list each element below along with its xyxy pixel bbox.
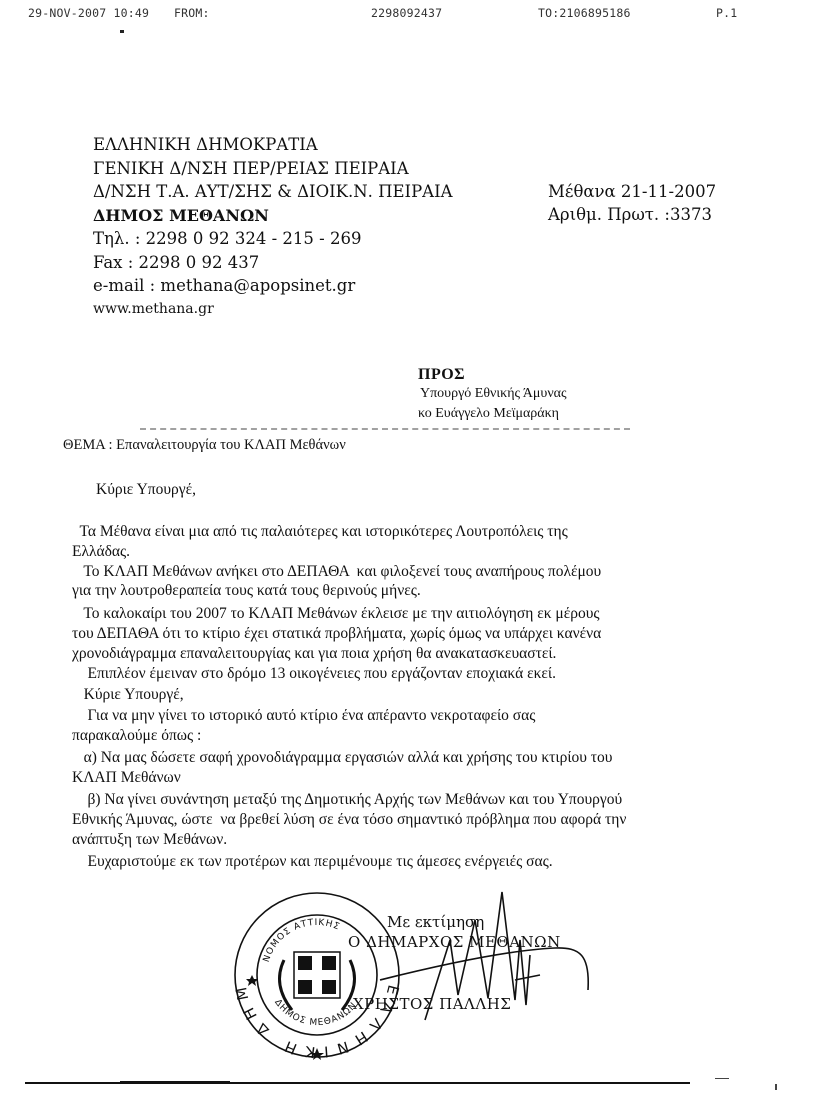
letterhead-line: ΕΛΛΗΝΙΚΗ ΔΗΜΟΚΡΑΤΙΑ (93, 133, 453, 157)
fax-from-number: 2298092437 (371, 6, 442, 20)
body-line: ανάπτυξη των Μεθάνων. (72, 831, 227, 849)
body-line: χρονοδιάγραμμα επαναλειτουργίας και για … (72, 645, 556, 663)
fax-line: Fax : 2298 0 92 437 (93, 251, 453, 275)
municipality-name: ΔΗΜΟΣ ΜΕΘΑΝΩΝ (93, 204, 453, 228)
body-line: παρακαλούμε όπως : (72, 727, 201, 745)
fax-page: P.1 (716, 6, 737, 20)
body-line: Κύριε Υπουργέ, (72, 686, 184, 704)
scan-artifact-line (140, 428, 630, 430)
scan-speck (120, 30, 124, 33)
body-line: του ΔΕΠΑΘΑ ότι το κτίριο έχει στατικά πρ… (72, 625, 601, 643)
date-block: Μέθανα 21-11-2007 Αριθμ. Πρωτ. :3373 (548, 180, 716, 226)
recipient-block: ΠΡΟΣ Υπουργό Εθνικής Άμυνας κο Ευάγγελο … (418, 366, 567, 424)
fax-from-label: FROM: (174, 6, 210, 20)
salutation: Κύριε Υπουργέ, (96, 481, 196, 499)
fax-to-number: TO:2106895186 (538, 6, 631, 20)
bottom-rule-heavy (120, 1081, 230, 1084)
signature-icon (340, 880, 610, 1040)
email-line: e-mail : methana@apopsinet.gr (93, 274, 453, 298)
body-line: Το καλοκαίρι του 2007 το ΚΛΑΠ Μεθάνων έκ… (72, 605, 600, 623)
body-line: Επιπλέον έμειναν στο δρόμο 13 οικογένειε… (72, 665, 556, 683)
closing-regards: Με εκτίμηση (387, 913, 484, 931)
body-line: για την λουτροθεραπεία τους κατά τους θε… (72, 582, 421, 600)
scan-speck (715, 1078, 729, 1079)
website-line: www.methana.gr (93, 298, 453, 322)
letterhead-line: ΓΕΝΙΚΗ Δ/ΝΣΗ ΠΕΡ/ΡΕΙΑΣ ΠΕΙΡΑΙΑ (93, 157, 453, 181)
subject-line: ΘΕΜΑ : Επαναλειτουργία του ΚΛΑΠ Μεθάνων (63, 437, 346, 454)
body-line: Ελλάδας. (72, 543, 130, 561)
body-line: ΚΛΑΠ Μεθάνων (72, 769, 181, 787)
fax-datetime: 29-NOV-2007 10:49 (28, 6, 149, 20)
signatory-title: Ο ΔΗΜΑΡΧΟΣ ΜΕΘΑΝΩΝ (348, 933, 561, 951)
body-line: α) Να μας δώσετε σαφή χρονοδιάγραμμα εργ… (72, 749, 612, 767)
body-line: Ευχαριστούμε εκ των προτέρων και περιμέν… (72, 853, 553, 871)
recipient-line: κο Ευάγγελο Μεϊμαράκη (418, 404, 567, 424)
body-line: Για να μην γίνει το ιστορικό αυτό κτίριο… (72, 707, 535, 725)
phone-line: Τηλ. : 2298 0 92 324 - 215 - 269 (93, 227, 453, 251)
body-line: Εθνικής Άμυνας, ώστε να βρεθεί λύση σε έ… (72, 811, 626, 829)
body-line: Το ΚΛΑΠ Μεθάνων ανήκει στο ΔΕΠΑΘΑ και φι… (72, 563, 601, 581)
body-line: Τα Μέθανα είναι μια από τις παλαιότερες … (72, 523, 568, 541)
letterhead: ΕΛΛΗΝΙΚΗ ΔΗΜΟΚΡΑΤΙΑ ΓΕΝΙΚΗ Δ/ΝΣΗ ΠΕΡ/ΡΕΙ… (93, 133, 453, 321)
letterhead-line: Δ/ΝΣΗ Τ.Α. ΑΥΤ/ΣΗΣ & ΔΙΟΙΚ.Ν. ΠΕΙΡΑΙΑ (93, 180, 453, 204)
scan-speck (775, 1084, 777, 1090)
recipient-line: Υπουργό Εθνικής Άμυνας (420, 384, 567, 404)
place-date: Μέθανα 21-11-2007 (548, 180, 716, 203)
signatory-name: ΧΡΗΣΤΟΣ ΠΑΛΛΗΣ (353, 995, 511, 1013)
body-line: β) Να γίνει συνάντηση μεταξύ της Δημοτικ… (72, 791, 622, 809)
recipient-label: ΠΡΟΣ (418, 366, 567, 384)
protocol-number: Αριθμ. Πρωτ. :3373 (548, 203, 716, 226)
